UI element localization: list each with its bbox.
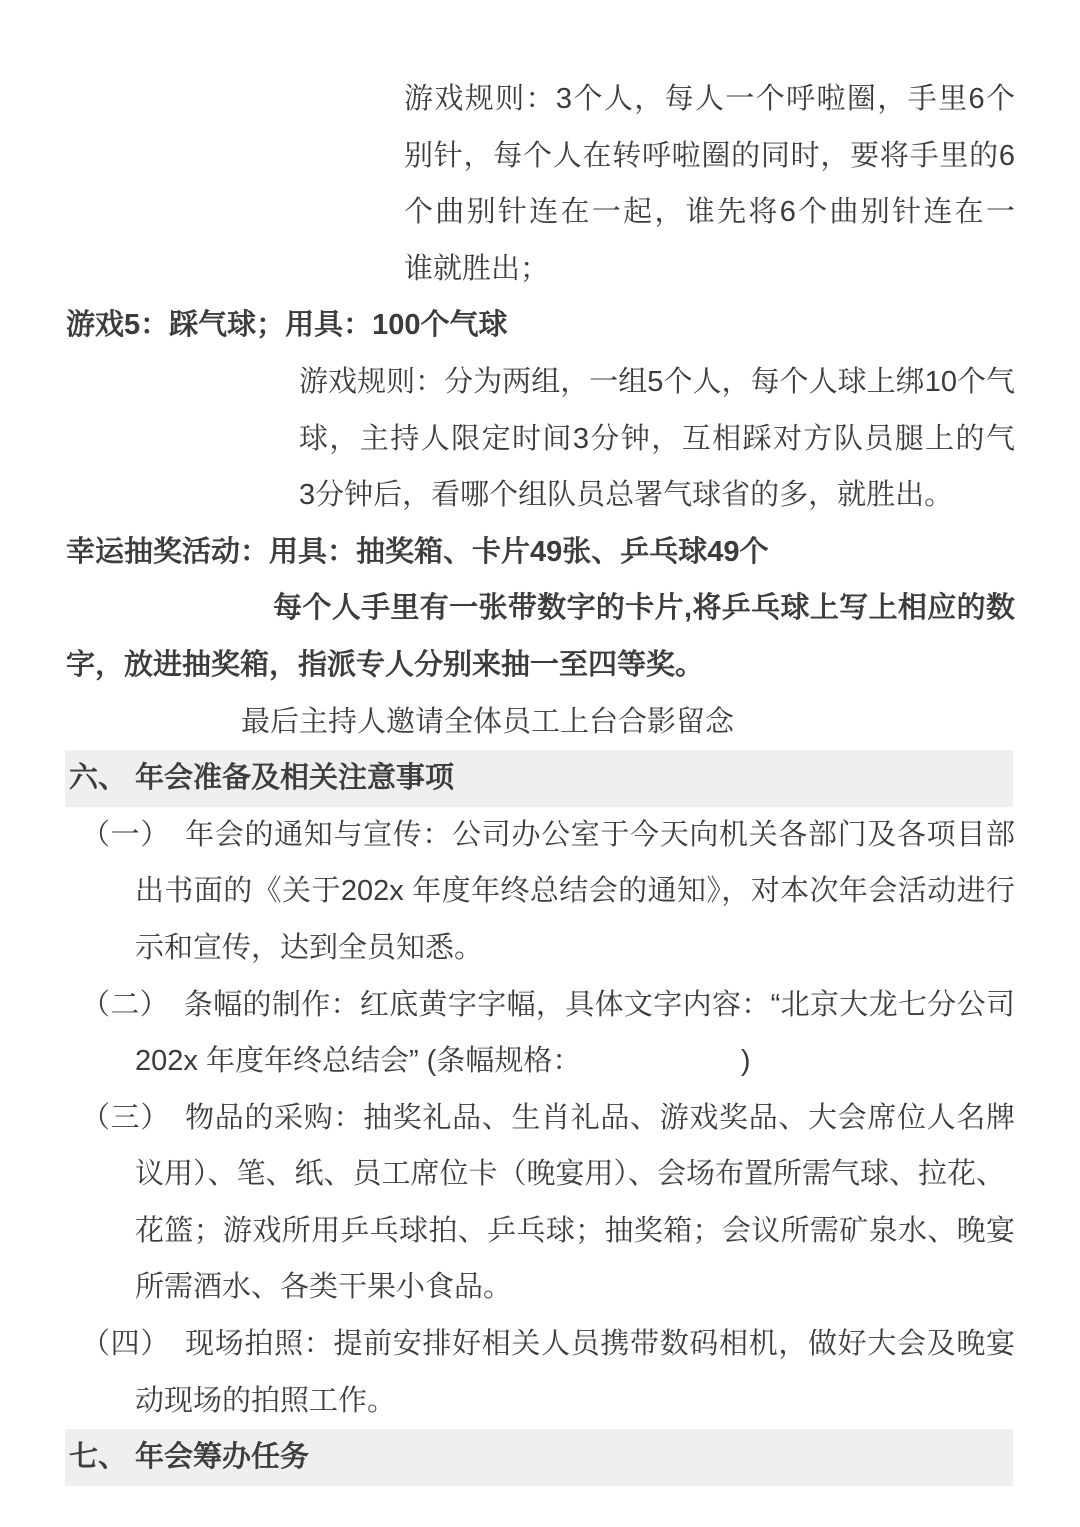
item-two-line-1: （二） 条幅的制作：红底黄字字幅，具体文字内容：“北京大龙七分公司 <box>0 977 1080 1034</box>
item-three-line-4: 所需酒水、各类干果小食品。 <box>0 1259 1080 1316</box>
section-heading-seven: 七、 年会筹办任务 <box>65 1429 1013 1486</box>
lottery-desc-line-2: 字，放进抽奖箱，指派专人分别来抽一至四等奖。 <box>0 637 1080 694</box>
lottery-desc-line-1: 每个人手里有一张带数字的卡片,将乒乓球上写上相应的数 <box>0 580 1080 637</box>
item-two-line-2: 202x 年度年终总结会” (条幅规格： ) <box>0 1033 1080 1090</box>
document-page: 游戏规则：3个人，每人一个呼啦圈，手里6个曲 别针，每个人在转呼啦圈的同时，要将… <box>0 0 1080 1527</box>
game5-rule-line-3: 3分钟后，看哪个组队员总署气球省的多，就胜出。 <box>0 467 1080 524</box>
document-content: 游戏规则：3个人，每人一个呼啦圈，手里6个曲 别针，每个人在转呼啦圈的同时，要将… <box>0 71 1080 1486</box>
game5-rule-line-1: 游戏规则：分为两组，一组5个人，每个人球上绑10个气 <box>0 354 1080 411</box>
game4-rule-line-3: 个曲别针连在一起，谁先将6个曲别针连在一起， <box>0 184 1080 241</box>
item-four-line-1: （四） 现场拍照：提前安排好相关人员携带数码相机，做好大会及晚宴活 <box>0 1316 1080 1373</box>
item-one-line-2: 出书面的《关于202x 年度年终总结会的通知》，对本次年会活动进行公 <box>0 863 1080 920</box>
item-one-line-1: （一） 年会的通知与宣传：公司办公室于今天向机关各部门及各项目部发 <box>0 807 1080 864</box>
item-three-line-1: （三） 物品的采购：抽奖礼品、生肖礼品、游戏奖品、大会席位人名牌（会 <box>0 1090 1080 1147</box>
game5-rule-line-2: 球，主持人限定时间3分钟，互相踩对方队员腿上的气球， <box>0 411 1080 468</box>
item-four-line-2: 动现场的拍照工作。 <box>0 1373 1080 1430</box>
game4-rule-line-1: 游戏规则：3个人，每人一个呼啦圈，手里6个曲 <box>0 71 1080 128</box>
game4-rule-line-4: 谁就胜出； <box>0 241 1080 298</box>
lottery-title-line: 幸运抽奖活动：用具：抽奖箱、卡片49张、乒乓球49个 <box>0 524 1080 581</box>
item-three-line-2: 议用）、笔、纸、员工席位卡（晚宴用）、会场布置所需气球、拉花、 <box>0 1146 1080 1203</box>
section-heading-six: 六、 年会准备及相关注意事项 <box>65 750 1013 807</box>
game5-title-line: 游戏5：踩气球；用具：100个气球 <box>0 297 1080 354</box>
group-photo-line: 最后主持人邀请全体员工上台合影留念 <box>0 694 1080 751</box>
item-one-line-3: 示和宣传，达到全员知悉。 <box>0 920 1080 977</box>
item-three-line-3: 花篮；游戏所用乒乓球拍、乒乓球；抽奖箱；会议所需矿泉水、晚宴 <box>0 1203 1080 1260</box>
game4-rule-line-2: 别针，每个人在转呼啦圈的同时，要将手里的6 <box>0 128 1080 185</box>
